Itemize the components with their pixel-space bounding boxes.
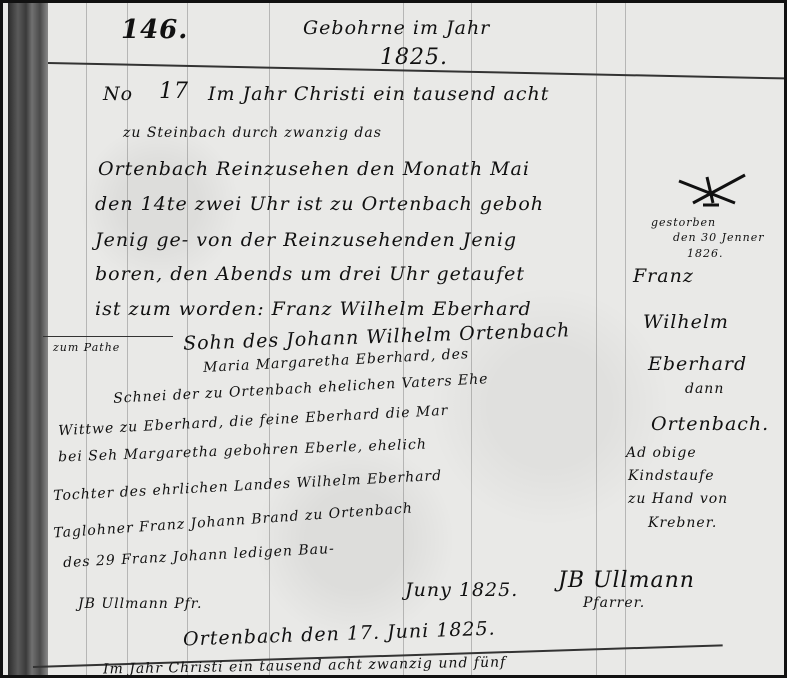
signature-title: Pfarrer.: [583, 595, 645, 611]
header-title: Gebohrne im Jahr: [303, 17, 490, 39]
death-note: den 30 Jenner: [673, 231, 764, 244]
entry-number-label: No: [103, 83, 133, 105]
signature-name: JB Ullmann: [558, 568, 695, 593]
death-cross-icon: [675, 173, 750, 215]
margin-note: Krebner.: [648, 515, 717, 531]
book-binding-edge: [8, 3, 48, 678]
entry-line: den 14te zwei Uhr ist zu Ortenbach geboh: [95, 193, 544, 215]
signature-date: Juny 1825.: [405, 579, 518, 601]
header-year: 1825.: [380, 45, 448, 70]
margin-note: Kindstaufe: [628, 468, 715, 484]
death-note: 1826.: [687, 247, 724, 260]
margin-note: Ortenbach.: [651, 413, 769, 435]
register-page: 146. Gebohrne im Jahr 1825. No 17 Im Jah…: [0, 0, 787, 678]
death-note: gestorben: [651, 216, 716, 229]
margin-rule: [43, 336, 173, 337]
entry-line: Ortenbach Reinzusehen den Monath Mai: [98, 158, 530, 180]
child-name: Wilhelm: [643, 311, 729, 333]
margin-note: zu Hand von: [628, 491, 728, 507]
entry-line: Im Jahr Christi ein tausend acht: [208, 83, 549, 105]
entry-line: zu Steinbach durch zwanzig das: [123, 125, 382, 141]
child-name: Eberhard: [648, 353, 747, 375]
entry-line: JB Ullmann Pfr.: [78, 596, 202, 612]
entry-line: boren, den Abends um drei Uhr getaufet: [95, 263, 525, 285]
margin-note: Ad obige: [626, 445, 697, 461]
entry-line: ist zum worden: Franz Wilhelm Eberhard: [95, 298, 532, 320]
entry-number: 17: [159, 79, 189, 104]
child-name: Franz: [633, 265, 694, 287]
entry-line: Jenig ge- von der Reinzusehenden Jenig: [95, 229, 517, 251]
margin-note: zum Pathe: [53, 341, 120, 354]
page-number: 146.: [121, 15, 188, 45]
margin-note: dann: [685, 381, 724, 397]
